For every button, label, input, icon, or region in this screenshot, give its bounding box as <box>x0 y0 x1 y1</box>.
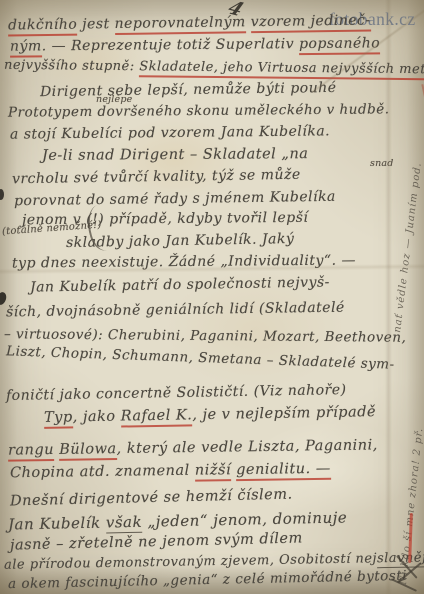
handwritten-line: a stojí Kubelíci pod vzorem Jana Kubelík… <box>10 123 330 142</box>
underlined-text: však <box>106 513 143 534</box>
handwritten-line: rangu Bülowa, který ale vedle Liszta, Pa… <box>8 437 378 458</box>
text-segment: Jan Kubelík patří do společnosti nejvyš- <box>30 274 330 295</box>
paper-crease <box>385 0 392 594</box>
text-segment: Chopina atd. znamenal <box>10 463 195 482</box>
text-segment: , je v nejlepším případě <box>192 404 376 423</box>
handwritten-line: – virtuosové): Cherubini, Paganini, Moza… <box>4 326 406 346</box>
text-segment: nejvyššího stupně: <box>4 58 139 74</box>
handwritten-line: ným. — Reprezentuje totiž Superlativ pop… <box>10 35 380 54</box>
handwritten-line: ších, dvojnásobně geniálních lidí (Sklad… <box>6 300 345 321</box>
text-segment: Jan Kubelík <box>8 514 106 534</box>
text-segment: , jako <box>73 409 121 426</box>
handwritten-line: Typ, jako Rafael K., je v nejlepším příp… <box>44 404 376 426</box>
underlined-text: rangu <box>8 442 54 462</box>
underlined-text: ným <box>10 38 42 57</box>
margin-annotation-vertical: nať vědle hoz — Juaním pod. <box>392 162 424 334</box>
underlined-text: Skladatele, jeho Virtuosa nejvyšších met <box>139 59 424 80</box>
underlined-text: dukčního <box>8 17 78 37</box>
handwritten-line: porovnat do samé řady s jménem Kubelíka <box>14 189 336 209</box>
handwritten-line: nejvyššího stupně: Skladatele, jeho Virt… <box>4 58 424 77</box>
underlined-text: genialitu. — <box>236 461 331 481</box>
handwritten-line: foničtí jako concertně Solističtí. (Viz … <box>6 382 347 404</box>
text-segment: Dnešní dirigentové se hemží číslem. <box>10 487 293 510</box>
handwritten-line: Liszt, Chopin, Schumann, Smetana – Sklad… <box>6 343 395 373</box>
handwritten-line: Jan Kubelík patří do společnosti nejvyš- <box>30 274 330 295</box>
handwritten-line: jasně – zřetelně ne jenom svým dílem <box>10 530 303 553</box>
handwritten-line: Dnešní dirigentové se hemží číslem. <box>10 487 293 510</box>
text-segment: , který ale vedle Liszta, Paganini, <box>116 437 377 457</box>
underlined-text: neporovnatelným <box>114 14 245 35</box>
handwritten-line: Je-li snad Dirigent – Skladatel „na <box>42 146 309 164</box>
text-segment: Prototypem dovršeného skonu uměleckého v… <box>8 101 390 120</box>
underlined-text: Typ <box>44 409 73 428</box>
handwritten-line: Prototypem dovršeného skonu uměleckého v… <box>8 101 390 120</box>
text-segment: ších, dvojnásobně geniálních lidí (Sklad… <box>6 300 345 321</box>
text-segment: . — Reprezentuje totiž Superlativ <box>42 36 299 54</box>
text-segment: a stojí Kubelíci pod vzorem Jana Kubelík… <box>10 123 330 142</box>
manuscript-page: fotobank.cz 4 dukčního jest neporovnatel… <box>0 0 424 594</box>
handwritten-line: vrcholu své tvůrčí kvality, týž se může <box>12 167 301 188</box>
text-segment: jest <box>77 16 115 33</box>
text-segment: Liszt, Chopin, Schumann, Smetana – Sklad… <box>6 343 395 373</box>
text-segment: Dirigent sebe lepší, nemůže býti pouhé <box>40 80 337 100</box>
text-segment: „jeden“ jenom, dominuje <box>142 508 347 530</box>
underlined-text: Rafael K. <box>121 407 193 427</box>
underlined-text: vzorem jedineč- <box>251 12 371 33</box>
text-segment: foničtí jako concertně Solističtí. (Viz … <box>6 382 347 404</box>
text-segment: porovnat do samé řady s jménem Kubelíka <box>14 189 336 209</box>
handwritten-line: Chopina atd. znamenal nižší genialitu. — <box>10 461 331 481</box>
handwritten-line: Dirigent sebe lepší, nemůže býti pouhé <box>40 80 337 100</box>
text-segment: vrcholu své tvůrčí kvality, týž se může <box>12 167 301 188</box>
text-segment: Je-li snad Dirigent – Skladatel „na <box>42 146 309 164</box>
underlined-text: nižší <box>195 462 231 482</box>
text-segment: jasně – zřetelně ne jenom svým dílem <box>10 530 303 553</box>
ink-blot <box>0 189 4 200</box>
text-segment: – virtuosové): Cherubini, Paganini, Moza… <box>4 326 406 346</box>
underlined-text: Bülowa <box>59 441 117 461</box>
handwritten-line: dukčního jest neporovnatelným vzorem jed… <box>8 12 371 33</box>
